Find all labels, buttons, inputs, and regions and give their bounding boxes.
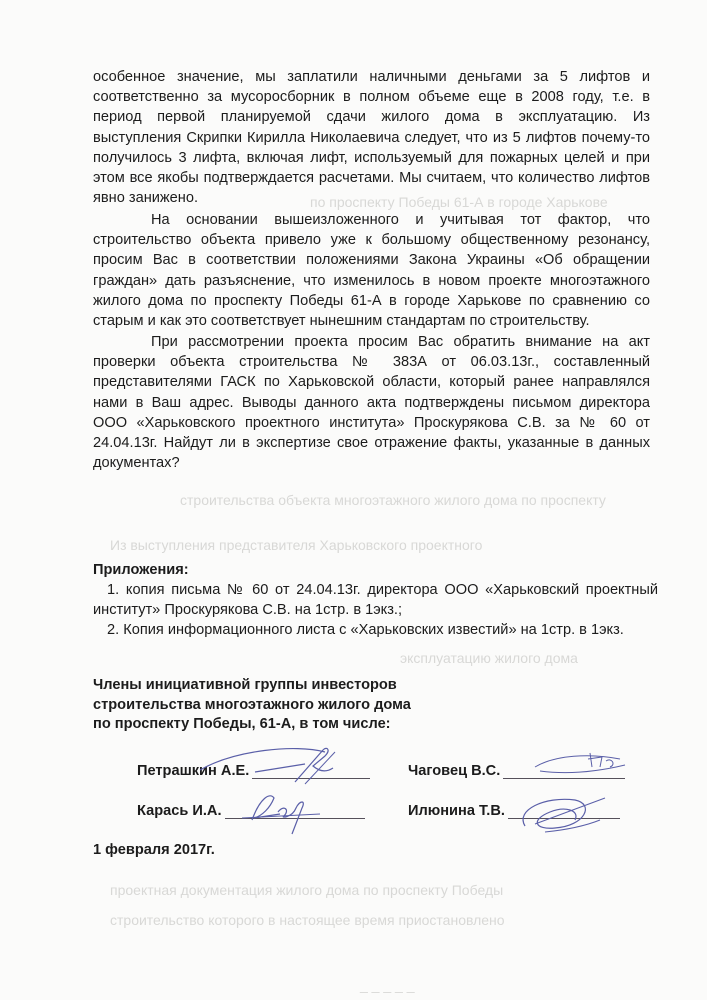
signature-line xyxy=(225,804,365,819)
signature-line xyxy=(503,764,625,779)
signatory-name: Карась И.А. xyxy=(137,803,222,819)
paragraph-2: На основании вышеизложенного и учитывая … xyxy=(93,210,650,331)
show-through-text: проектная документация жилого дома по пр… xyxy=(110,880,503,900)
paragraph-text: На основании вышеизложенного и учитывая … xyxy=(93,210,650,331)
show-through-text: _ _ _ _ _ xyxy=(360,975,415,995)
show-through-text: строительство которого в настоящее время… xyxy=(110,910,505,930)
attachment-item: 1. копия письма № 60 от 24.04.13г. дирек… xyxy=(93,580,658,620)
paragraph-3: При рассмотрении проекта просим Вас обра… xyxy=(93,332,650,473)
members-line: строительства многоэтажного жилого дома xyxy=(93,696,411,716)
members-block: Члены инициативной группы инвесторов стр… xyxy=(93,676,411,735)
signature-row: Карась И.А. xyxy=(137,803,365,819)
scanned-document-page: по проспекту Победы 61-А в городе Харько… xyxy=(0,0,707,1000)
show-through-text: Из выступления представителя Харьковског… xyxy=(110,535,482,555)
paragraph-text: особенное значение, мы заплатили наличны… xyxy=(93,67,650,208)
signatory-name: Илюнина Т.В. xyxy=(408,803,505,819)
paragraph-text: При рассмотрении проекта просим Вас обра… xyxy=(93,332,650,473)
signature-line xyxy=(252,764,370,779)
paragraph-1: особенное значение, мы заплатили наличны… xyxy=(93,67,650,208)
signature-row: Илюнина Т.В. xyxy=(408,803,620,819)
show-through-text: эксплуатацию жилого дома xyxy=(400,648,578,668)
document-date: 1 февраля 2017г. xyxy=(93,842,215,858)
signature-line xyxy=(508,804,620,819)
signatory-name: Петрашкин А.Е. xyxy=(137,763,249,779)
members-line: по проспекту Победы, 61-А, в том числе: xyxy=(93,715,411,735)
signatory-name: Чаговец В.С. xyxy=(408,763,500,779)
attachments-section: Приложения: 1. копия письма № 60 от 24.0… xyxy=(93,560,658,640)
show-through-text: строительства объекта многоэтажного жило… xyxy=(180,490,606,510)
attachment-item: 2. Копия информационного листа с «Харько… xyxy=(93,620,658,640)
signature-row: Петрашкин А.Е. xyxy=(137,763,370,779)
attachments-heading: Приложения: xyxy=(93,560,658,580)
signature-row: Чаговец В.С. xyxy=(408,763,625,779)
members-line: Члены инициативной группы инвесторов xyxy=(93,676,411,696)
